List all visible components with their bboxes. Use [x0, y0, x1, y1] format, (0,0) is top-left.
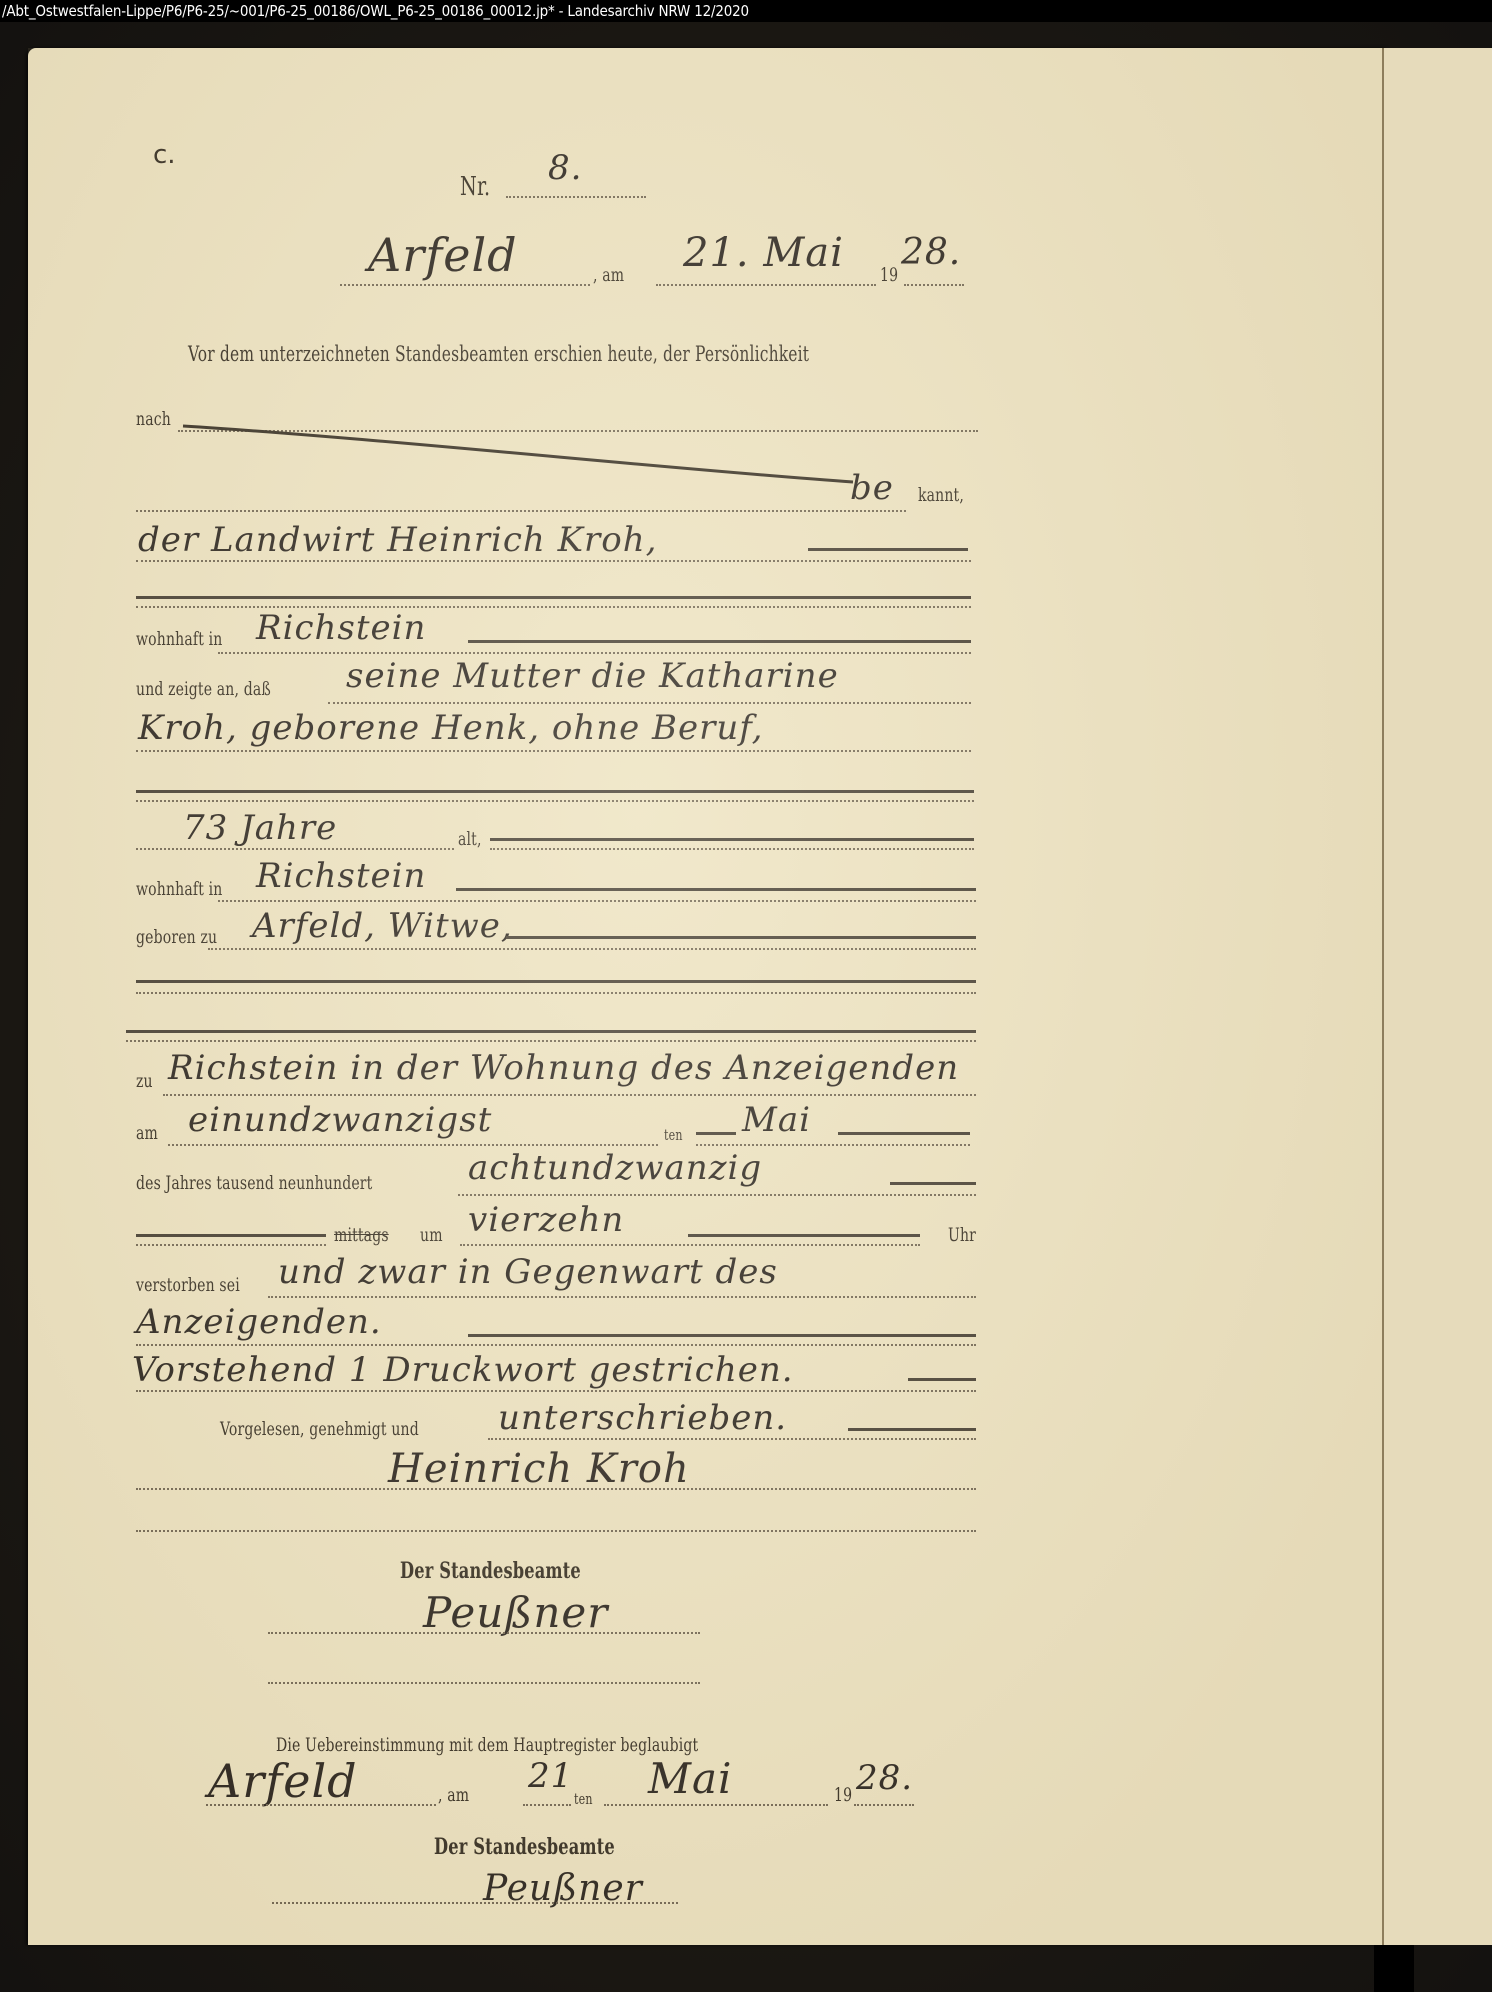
certification-place: Arfeld	[208, 1754, 358, 1808]
fill-rule	[136, 980, 976, 983]
bekannt-dotted-line	[136, 510, 906, 512]
deceased-residence: Richstein	[256, 856, 426, 896]
cert-year-dotted-line	[854, 1804, 914, 1806]
fill-rule	[468, 640, 971, 643]
bekannt-label: kannt,	[918, 484, 964, 506]
fill-rule	[468, 1334, 976, 1337]
vorgelesen-dotted-line	[488, 1438, 976, 1440]
blank-dotted-line	[136, 1530, 976, 1532]
geboren-label: geboren zu	[136, 926, 217, 948]
adjacent-page-edge	[1384, 48, 1492, 1945]
deceased-line-1: seine Mutter die Katharine	[346, 656, 839, 696]
blank-dotted-line	[136, 800, 974, 802]
informant-residence: Richstein	[256, 608, 426, 648]
fill-rule	[136, 790, 974, 793]
cert-registrar-title: Der Standesbeamte	[434, 1834, 615, 1860]
year-prefix: 19	[880, 264, 898, 286]
correction-note: Vorstehend 1 Druckwort gestrichen.	[132, 1350, 794, 1390]
cert-year-suffix: 28.	[856, 1758, 913, 1798]
mittags-label-struck: mittags	[334, 1224, 389, 1246]
blank-dotted-line	[268, 1682, 700, 1684]
death-day-dotted-line	[168, 1144, 658, 1146]
uhr-label: Uhr	[948, 1224, 976, 1246]
nr-dotted-line	[506, 196, 646, 198]
nr-value: 8.	[548, 148, 582, 188]
corner-mark: c.	[153, 140, 176, 170]
remark-dotted-line-1	[268, 1296, 976, 1298]
fill-rule	[490, 838, 974, 841]
fill-rule	[688, 1234, 920, 1237]
cert-registrar-dotted-line	[272, 1902, 678, 1904]
cert-year-prefix: 19	[834, 1784, 852, 1806]
place-dotted-line	[340, 284, 590, 286]
deceased-line-2: Kroh, geborene Henk, ohne Beruf,	[138, 708, 763, 748]
deceased-residence-dotted-line	[218, 900, 976, 902]
fill-rule	[890, 1182, 976, 1185]
death-day: einundzwanzigst	[188, 1100, 492, 1140]
remark-line-1: und zwar in Gegenwart des	[278, 1252, 778, 1292]
verstorben-label: verstorben sei	[136, 1274, 240, 1296]
death-place-dotted-line	[163, 1094, 976, 1096]
nr-label: Nr.	[460, 172, 490, 202]
death-month: Mai	[742, 1100, 811, 1140]
um-label: um	[420, 1224, 443, 1246]
correction-dotted-line	[136, 1390, 976, 1392]
zu-label: zu	[136, 1070, 153, 1092]
death-year-dotted-line	[458, 1194, 976, 1196]
age-value: 73 Jahre	[183, 808, 337, 848]
bekannt-hand: be	[850, 468, 894, 508]
cert-day-dotted-line	[523, 1804, 571, 1806]
fill-rule	[908, 1378, 976, 1381]
blank-dotted-line	[126, 1040, 976, 1042]
birthplace: Arfeld, Witwe,	[252, 906, 513, 946]
wohnhaft-label: wohnhaft in	[136, 628, 222, 650]
fill-rule	[838, 1132, 970, 1135]
jahres-label: des Jahres tausend neunhundert	[136, 1172, 372, 1194]
record-place: Arfeld	[368, 228, 518, 282]
certification-text: Die Uebereinstimmung mit dem Hauptregist…	[276, 1734, 698, 1756]
window-title-bar: /Abt_Ostwestfalen-Lippe/P6/P6-25/~001/P6…	[0, 0, 1492, 22]
residence-dotted-line	[218, 652, 971, 654]
document-page: c. Nr. 8. Arfeld , am 21. Mai 19 28. Vor…	[28, 48, 1388, 1945]
wohnhaft-label-2: wohnhaft in	[136, 878, 222, 900]
informant-name: der Landwirt Heinrich Kroh,	[138, 520, 657, 560]
record-date: 21. Mai	[683, 230, 844, 276]
birthplace-dotted-line	[208, 948, 976, 950]
cert-ten-label: ten	[574, 1790, 593, 1808]
intro-line: Vor dem unterzeichneten Standesbeamten e…	[188, 342, 809, 366]
fill-rule	[696, 1132, 736, 1135]
fill-rule	[848, 1428, 976, 1431]
year-suffix: 28.	[901, 232, 961, 273]
ten-label: ten	[664, 1126, 683, 1144]
cert-place-dotted-line	[206, 1804, 436, 1806]
vorgelesen-hand: unterschrieben.	[498, 1398, 787, 1438]
cert-am-label: , am	[438, 1784, 469, 1806]
fill-rule	[808, 548, 968, 551]
fill-rule	[126, 1030, 976, 1033]
registrar-signature: Peußner	[423, 1588, 608, 1637]
zeigte-label: und zeigte an, daß	[136, 678, 271, 700]
death-hour-dotted-line	[460, 1244, 920, 1246]
fill-rule	[136, 1234, 326, 1237]
death-place: Richstein in der Wohnung des Anzeigenden	[168, 1048, 959, 1088]
remark-dotted-line-2	[136, 1344, 976, 1346]
informant-dotted-line	[136, 560, 971, 562]
death-hour: vierzehn	[468, 1200, 624, 1240]
fill-rule	[506, 936, 976, 939]
year-dotted-line	[904, 284, 964, 286]
death-year: achtundzwanzig	[468, 1148, 762, 1188]
certification-month: Mai	[648, 1754, 732, 1803]
nach-label: nach	[136, 408, 171, 430]
alt-dotted-line	[490, 848, 974, 850]
window-title: /Abt_Ostwestfalen-Lippe/P6/P6-25/~001/P6…	[2, 2, 749, 20]
am-label-2: am	[136, 1122, 158, 1144]
deceased-dotted-line-1	[328, 702, 971, 704]
date-dotted-line	[656, 284, 876, 286]
vorgelesen-label: Vorgelesen, genehmigt und	[220, 1418, 419, 1440]
registrar-title: Der Standesbeamte	[400, 1558, 581, 1584]
age-dotted-line	[136, 848, 454, 850]
death-month-dotted-line	[696, 1144, 970, 1146]
certification-day: 21	[528, 1756, 573, 1796]
mittags-dotted-line	[136, 1244, 326, 1246]
informant-signature: Heinrich Kroh	[388, 1446, 690, 1492]
deceased-dotted-line-2	[136, 750, 971, 752]
strike-diagonal	[178, 418, 858, 488]
signature-dotted-line	[136, 1488, 976, 1490]
registrar-dotted-line	[268, 1632, 700, 1634]
scan-corner-block	[1374, 1945, 1414, 1992]
am-label: , am	[593, 264, 624, 286]
remark-line-2: Anzeigenden.	[136, 1302, 382, 1342]
alt-label: alt,	[458, 828, 482, 850]
fill-rule	[456, 888, 976, 891]
fill-rule	[136, 596, 971, 599]
blank-dotted-line	[136, 992, 976, 994]
cert-month-dotted-line	[604, 1804, 828, 1806]
